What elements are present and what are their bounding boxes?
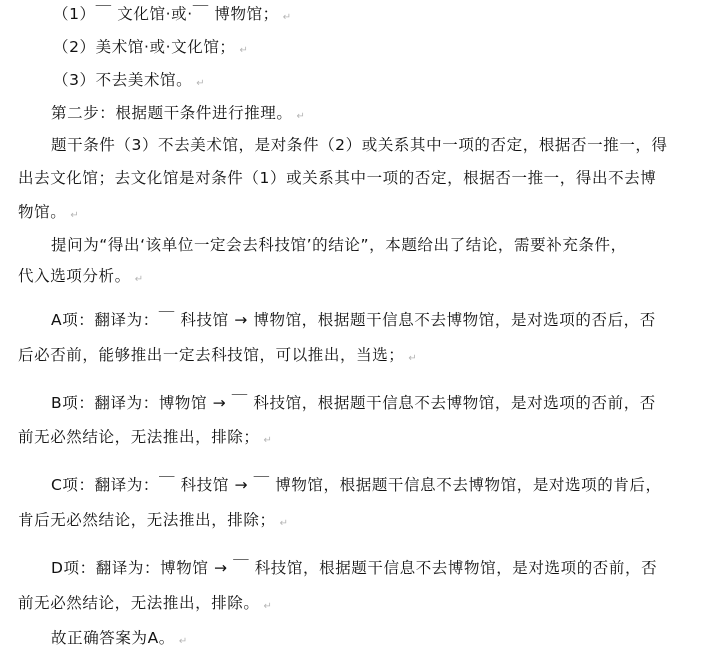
line-text: C项：翻译为：￣ 科技馆 → ￣ 博物馆，根据题干信息不去博物馆，是对选项的肯后… xyxy=(51,476,662,494)
text-line: （3）不去美术馆。↵ xyxy=(53,70,205,94)
text-line: 代入选项分析。↵ xyxy=(18,266,144,290)
paragraph-mark-icon: ↵ xyxy=(264,601,273,612)
text-line: B项：翻译为：博物馆 → ￣ 科技馆，根据题干信息不去博物馆，是对选项的否前，否 xyxy=(51,393,656,413)
line-text: 肯后无必然结论，无法推出，排除； xyxy=(18,511,276,529)
text-line: 前无必然结论，无法推出，排除。↵ xyxy=(18,593,273,617)
paragraph-mark-icon: ↵ xyxy=(283,12,292,23)
text-line: C项：翻译为：￣ 科技馆 → ￣ 博物馆，根据题干信息不去博物馆，是对选项的肯后… xyxy=(51,475,662,495)
text-line: （2）美术馆·或·文化馆；↵ xyxy=(53,37,249,61)
text-line: 前无必然结论，无法推出，排除；↵ xyxy=(18,427,273,451)
text-line: D项：翻译为：博物馆 → ￣ 科技馆，根据题干信息不去博物馆，是对选项的否前，否 xyxy=(51,558,657,578)
text-line: 后必否前，能够推出一定去科技馆，可以推出，当选；↵ xyxy=(18,345,417,369)
line-text: 提问为“得出‘该单位一定会去科技馆’的结论”，本题给出了结论，需要补充条件， xyxy=(51,236,627,254)
paragraph-mark-icon: ↵ xyxy=(264,435,273,446)
text-line: 出去文化馆；去文化馆是对条件（1）或关系其中一项的否定，根据否一推一，得出不去博 xyxy=(18,168,656,188)
line-text: D项：翻译为：博物馆 → ￣ 科技馆，根据题干信息不去博物馆，是对选项的否前，否 xyxy=(51,559,657,577)
text-line: A项：翻译为：￣ 科技馆 → 博物馆，根据题干信息不去博物馆，是对选项的否后，否 xyxy=(51,310,656,330)
line-text: 后必否前，能够推出一定去科技馆，可以推出，当选； xyxy=(18,346,404,364)
paragraph-mark-icon: ↵ xyxy=(240,45,249,56)
line-text: B项：翻译为：博物馆 → ￣ 科技馆，根据题干信息不去博物馆，是对选项的否前，否 xyxy=(51,394,656,412)
paragraph-mark-icon: ↵ xyxy=(179,636,188,647)
line-text: （1）￣ 文化馆·或·￣ 博物馆； xyxy=(53,5,279,23)
line-text: （3）不去美术馆。 xyxy=(53,71,192,89)
line-text: 前无必然结论，无法推出，排除。 xyxy=(18,594,260,612)
line-text: （2）美术馆·或·文化馆； xyxy=(53,38,236,56)
paragraph-mark-icon: ↵ xyxy=(196,78,205,89)
text-line: 物馆。↵ xyxy=(18,202,79,226)
line-text: 代入选项分析。 xyxy=(18,267,131,285)
line-text: 故正确答案为A。 xyxy=(51,629,175,647)
paragraph-mark-icon: ↵ xyxy=(297,111,306,122)
text-line: 故正确答案为A。↵ xyxy=(51,628,188,652)
line-text: A项：翻译为：￣ 科技馆 → 博物馆，根据题干信息不去博物馆，是对选项的否后，否 xyxy=(51,311,656,329)
line-text: 出去文化馆；去文化馆是对条件（1）或关系其中一项的否定，根据否一推一，得出不去博 xyxy=(18,169,656,187)
paragraph-mark-icon: ↵ xyxy=(70,210,79,221)
text-line: （1）￣ 文化馆·或·￣ 博物馆；↵ xyxy=(53,4,292,28)
paragraph-mark-icon: ↵ xyxy=(135,274,144,285)
paragraph-mark-icon: ↵ xyxy=(280,518,289,529)
text-line: 题干条件（3）不去美术馆，是对条件（2）或关系其中一项的否定，根据否一推一，得 xyxy=(51,135,668,155)
paragraph-mark-icon: ↵ xyxy=(408,353,417,364)
line-text: 题干条件（3）不去美术馆，是对条件（2）或关系其中一项的否定，根据否一推一，得 xyxy=(51,136,668,154)
line-text: 物馆。 xyxy=(18,203,66,221)
line-text: 前无必然结论，无法推出，排除； xyxy=(18,428,260,446)
line-text: 第二步：根据题干条件进行推理。 xyxy=(51,104,293,122)
text-line: 提问为“得出‘该单位一定会去科技馆’的结论”，本题给出了结论，需要补充条件， xyxy=(51,235,627,255)
text-line: 第二步：根据题干条件进行推理。↵ xyxy=(51,103,306,127)
text-line: 肯后无必然结论，无法推出，排除；↵ xyxy=(18,510,289,534)
